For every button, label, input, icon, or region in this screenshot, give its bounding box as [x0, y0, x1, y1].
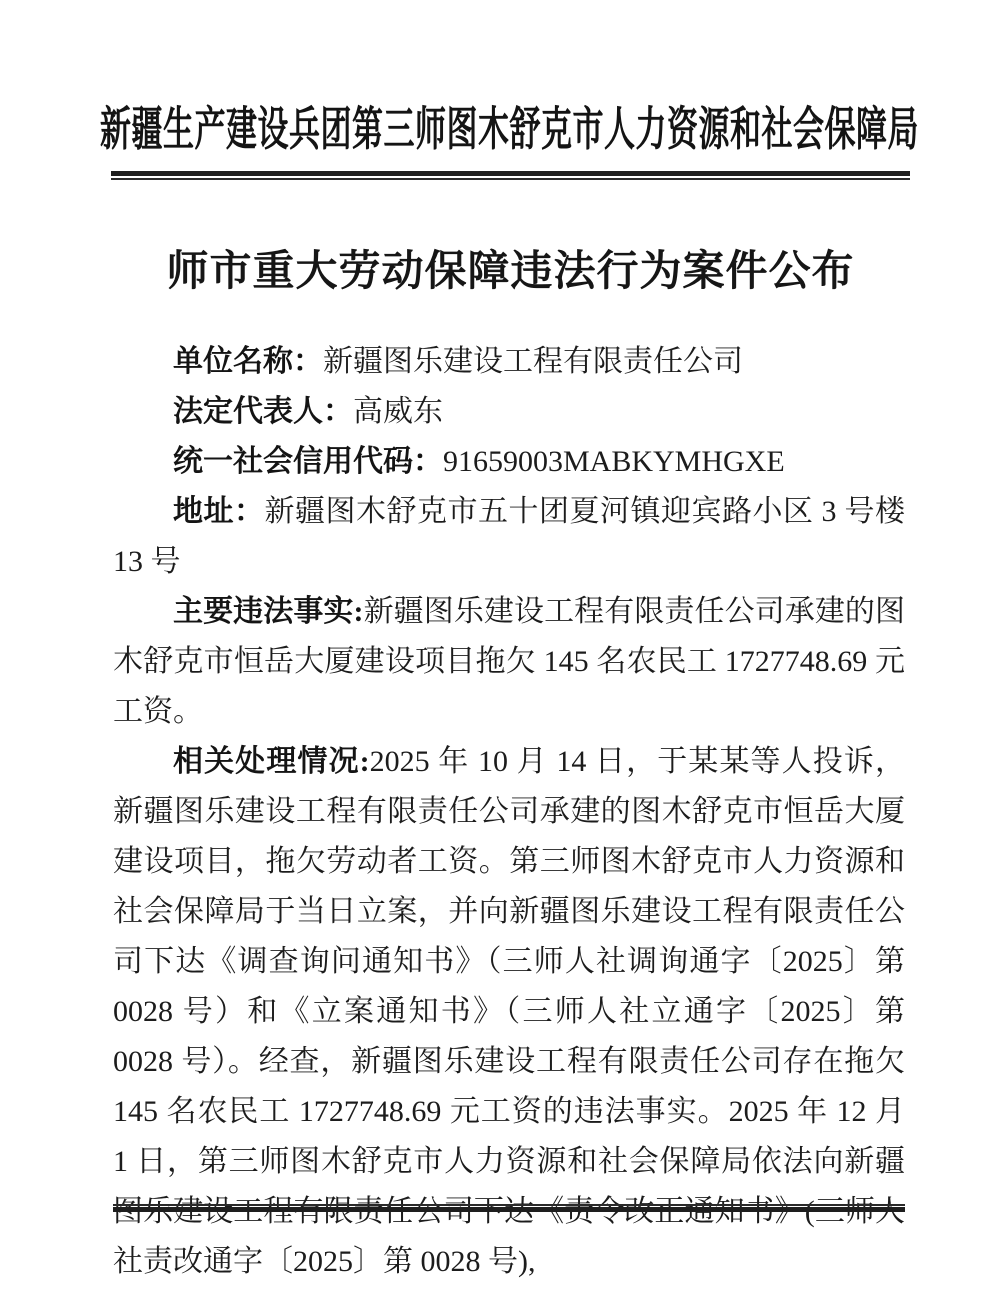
header-rule-thin [111, 178, 910, 180]
org-header-banner: 新疆生产建设兵团第三师图木舒克市人力资源和社会保障局 [100, 94, 910, 166]
footer-rule-thin [113, 1204, 905, 1206]
field-credit-code-label: 统一社会信用代码： [173, 445, 443, 478]
field-unit-name-label: 单位名称： [173, 345, 323, 378]
paragraph-handling-status-text: 2025 年 10 月 14 日，于某某等人投诉，新疆图乐建设工程有限责任公司承… [113, 745, 905, 1278]
paragraph-main-violation-label: 主要违法事实: [173, 595, 364, 628]
field-legal-representative: 法定代表人：高威东 [113, 387, 905, 437]
field-unit-name-value: 新疆图乐建设工程有限责任公司 [323, 345, 743, 378]
field-legal-representative-value: 高威东 [353, 395, 443, 428]
page-title: 师市重大劳动保障违法行为案件公布 [111, 238, 910, 298]
header-rule-thick [111, 171, 910, 176]
footer-rule-thick [113, 1207, 905, 1212]
paragraph-handling-status-label: 相关处理情况: [173, 745, 370, 778]
field-credit-code: 统一社会信用代码：91659003MABKYMHGXE [113, 437, 905, 487]
field-address-label: 地址： [173, 495, 265, 528]
footer-double-rule [113, 1204, 905, 1212]
field-unit-name: 单位名称：新疆图乐建设工程有限责任公司 [113, 337, 905, 387]
header-double-rule [111, 171, 910, 180]
paragraph-main-violation: 主要违法事实:新疆图乐建设工程有限责任公司承建的图木舒克市恒岳大厦建设项目拖欠 … [113, 587, 905, 737]
field-credit-code-value: 91659003MABKYMHGXE [443, 445, 785, 478]
field-address: 地址：新疆图木舒克市五十团夏河镇迎宾路小区 3 号楼 13 号 [113, 487, 905, 587]
field-legal-representative-label: 法定代表人： [173, 395, 353, 428]
document-page: 新疆生产建设兵团第三师图木舒克市人力资源和社会保障局 师市重大劳动保障违法行为案… [0, 0, 1000, 1311]
document-body: 单位名称：新疆图乐建设工程有限责任公司 法定代表人：高威东 统一社会信用代码：9… [113, 337, 905, 1287]
